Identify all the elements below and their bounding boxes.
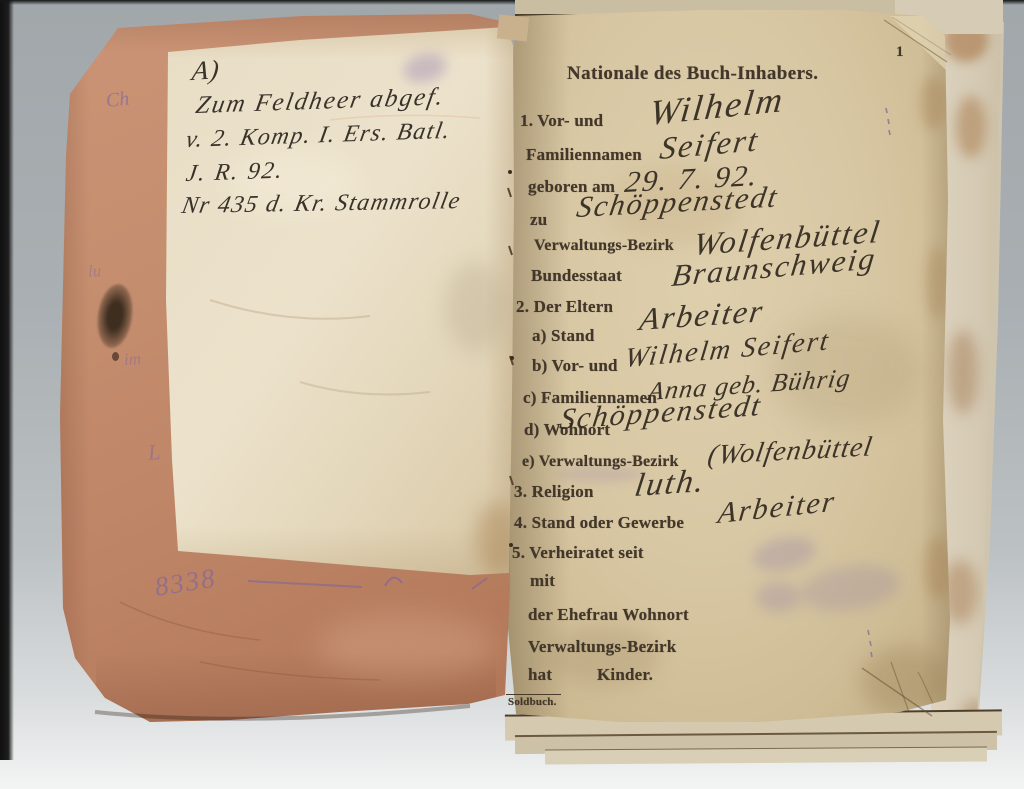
field-label-kinder: Kinder. [597, 666, 653, 685]
scan-edge-left [0, 0, 14, 760]
cover-stain-dot [112, 352, 119, 361]
cover-stain [94, 282, 137, 350]
field-label: Verwaltungs-Bezirk [528, 638, 676, 657]
stamp-smudge [797, 559, 902, 616]
field-label: 3. Religion [514, 483, 594, 502]
cover-writing-fragment: Ch [105, 88, 131, 113]
field-label: mit [530, 572, 555, 591]
cover-writing-fragment: im [123, 349, 141, 370]
field-label: Verwaltungs-Bezirk [534, 237, 674, 255]
page-number: 1 [896, 44, 904, 61]
field-label: Bundesstaat [531, 267, 622, 286]
field-label: 1. Vor- und [520, 112, 603, 131]
footer-soldbuch: Soldbuch. [506, 694, 561, 708]
field-label: a) Stand [532, 327, 595, 346]
field-label: 5. Verheiratet seit [512, 544, 644, 563]
field-label: zu [530, 211, 547, 230]
note-line: Nr 435 d. Kr. Stammrolle [179, 188, 463, 220]
cover-writing-fragment: L [147, 439, 161, 466]
field-label: hat [528, 666, 552, 685]
field-label: Familiennamen [526, 146, 642, 165]
spine-tab [497, 14, 529, 41]
field-label: der Ehefrau Wohnort [528, 606, 689, 625]
note-line: J. R. 92. [184, 158, 286, 188]
field-value: luth. [632, 463, 708, 505]
note-line: A) [190, 54, 221, 87]
stamp-smudge [749, 532, 818, 577]
stamp-smudge [756, 582, 800, 612]
page-stack-bottom-3 [545, 746, 987, 764]
field-label: b) Vor- und [532, 357, 618, 376]
cover-writing-fragment: lu [87, 261, 102, 282]
field-label: 2. Der Eltern [516, 298, 613, 317]
soldbuch-scan: 1 Nationale des Buch-Inhabers. 1. Vor- u… [0, 0, 1024, 789]
field-label: 4. Stand oder Gewerbe [514, 514, 684, 533]
